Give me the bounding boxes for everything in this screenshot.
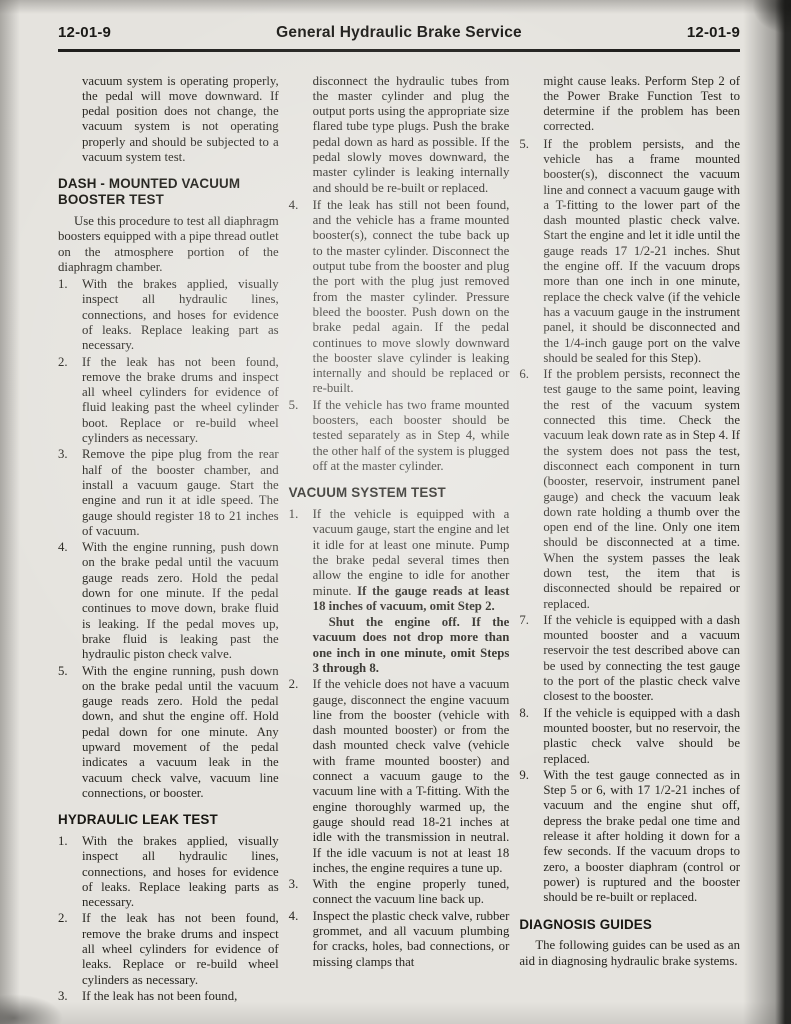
list-item: 3.Remove the pipe plug from the rear hal…: [58, 447, 279, 539]
list-continuation-paragraph: Shut the engine off. If the vacuum does …: [313, 615, 510, 676]
list-item-number: 3.: [58, 447, 82, 539]
list-item-text: With the brakes applied, visually inspec…: [82, 834, 279, 910]
list-item-text: If the vehicle is equipped with a dash m…: [543, 706, 740, 767]
text-run: Inspect the plastic check valve, rubber …: [313, 909, 510, 969]
list-item-text: If the vehicle is equipped with a vacuum…: [313, 507, 510, 614]
list-item: 9.With the test gauge connected as in St…: [519, 768, 740, 906]
list-item-number: 4.: [58, 540, 82, 662]
list-item: 2.If the vehicle does not have a vacuum …: [289, 677, 510, 876]
column-1: vacuum system is operating properly, the…: [58, 74, 279, 1006]
text-run: might cause leaks. Perform Step 2 of the…: [543, 74, 740, 134]
column-layout: vacuum system is operating properly, the…: [58, 74, 740, 1006]
text-run: If the problem persists, and the vehicle…: [543, 137, 740, 365]
text-run: If the vehicle is equipped with a dash m…: [543, 613, 740, 703]
list-item-number: 1.: [289, 507, 313, 614]
header-rule: [58, 49, 740, 52]
section-heading: DASH - MOUNTED VACUUM BOOSTER TEST: [58, 176, 279, 208]
list-item-text: If the problem persists, reconnect the t…: [543, 367, 740, 612]
list-item-text: If the vehicle does not have a vacuum ga…: [313, 677, 510, 876]
text-run: With the engine properly tuned, connect …: [313, 877, 510, 906]
list-item-text: With the brakes applied, visually inspec…: [82, 277, 279, 353]
list-item: 7.If the vehicle is equipped with a dash…: [519, 613, 740, 705]
list-item-number: 2.: [58, 911, 82, 987]
text-run: If the vehicle has two frame mounted boo…: [313, 398, 510, 473]
column-3: might cause leaks. Perform Step 2 of the…: [519, 74, 740, 1006]
list-item-number: 7.: [519, 613, 543, 705]
text-run: The following guides can be used as an a…: [519, 938, 740, 967]
list-item-text: If the problem persists, and the vehicle…: [543, 137, 740, 366]
list-item-text: Remove the pipe plug from the rear half …: [82, 447, 279, 539]
continuation-paragraph: might cause leaks. Perform Step 2 of the…: [543, 74, 740, 135]
list-item-number: 4.: [289, 198, 313, 397]
list-item-number: 9.: [519, 768, 543, 906]
list-item: 2.If the leak has not been found, remove…: [58, 911, 279, 987]
list-item-number: 8.: [519, 706, 543, 767]
list-item: 5.If the problem persists, and the vehic…: [519, 137, 740, 366]
text-run: If the leak has not been found, remove t…: [82, 911, 279, 986]
paragraph: The following guides can be used as an a…: [519, 938, 740, 969]
list-item-number: 5.: [519, 137, 543, 366]
list-item-number: 5.: [289, 398, 313, 474]
page-header: 12-01-9 General Hydraulic Brake Service …: [58, 24, 740, 42]
list-item: 1.With the brakes applied, visually insp…: [58, 277, 279, 353]
text-run: If the problem persists, reconnect the t…: [543, 367, 740, 610]
list-item: 2.If the leak has not been found, remove…: [58, 355, 279, 447]
page-content: 12-01-9 General Hydraulic Brake Service …: [58, 24, 740, 1005]
text-run: With the brakes applied, visually inspec…: [82, 834, 279, 909]
header-right-page-code: 12-01-9: [590, 24, 740, 41]
header-left-page-code: 12-01-9: [58, 24, 208, 41]
text-run: Remove the pipe plug from the rear half …: [82, 447, 279, 537]
list-item-number: 4.: [289, 909, 313, 970]
list-item-text: With the test gauge connected as in Step…: [543, 768, 740, 906]
list-item-text: If the vehicle is equipped with a dash m…: [543, 613, 740, 705]
list-item: 3.With the engine properly tuned, connec…: [289, 877, 510, 908]
list-item-number: 5.: [58, 664, 82, 802]
text-run: If the vehicle is equipped with a dash m…: [543, 706, 740, 766]
text-run: vacuum system is operating properly, the…: [82, 74, 279, 164]
list-item: 5.If the vehicle has two frame mounted b…: [289, 398, 510, 474]
column-2: disconnect the hydraulic tubes from the …: [289, 74, 510, 1006]
list-item: 5.With the engine running, push down on …: [58, 664, 279, 802]
text-run: Use this procedure to test all diaphragm…: [58, 214, 279, 274]
list-item-number: 2.: [289, 677, 313, 876]
list-item: 4.With the engine running, push down on …: [58, 540, 279, 662]
list-item: 8.If the vehicle is equipped with a dash…: [519, 706, 740, 767]
list-item-number: 6.: [519, 367, 543, 612]
paragraph: Use this procedure to test all diaphragm…: [58, 214, 279, 275]
list-item-number: 3.: [58, 989, 82, 1004]
section-heading: HYDRAULIC LEAK TEST: [58, 812, 279, 828]
manual-page: 12-01-9 General Hydraulic Brake Service …: [0, 0, 791, 1024]
text-run: With the engine running, push down on th…: [82, 664, 279, 800]
list-item: 1.If the vehicle is equipped with a vacu…: [289, 507, 510, 614]
list-item-text: If the vehicle has two frame mounted boo…: [313, 398, 510, 474]
list-item-number: 1.: [58, 277, 82, 353]
bold-text-run: Shut the engine off. If the vacuum does …: [313, 615, 510, 675]
list-item-text: If the leak has not been found, remove t…: [82, 355, 279, 447]
text-run: If the vehicle does not have a vacuum ga…: [313, 677, 510, 875]
text-run: With the engine running, push down on th…: [82, 540, 279, 661]
continuation-paragraph: vacuum system is operating properly, the…: [82, 74, 279, 166]
list-item-text: If the leak has not been found, remove t…: [82, 911, 279, 987]
text-run: With the brakes applied, visually inspec…: [82, 277, 279, 352]
list-item: 1.With the brakes applied, visually insp…: [58, 834, 279, 910]
list-item: 3.If the leak has not been found,: [58, 989, 279, 1004]
list-item-text: Inspect the plastic check valve, rubber …: [313, 909, 510, 970]
text-run: If the leak has still not been found, an…: [313, 198, 510, 396]
page-title: General Hydraulic Brake Service: [208, 24, 590, 42]
list-item: 4.Inspect the plastic check valve, rubbe…: [289, 909, 510, 970]
text-run: If the leak has not been found, remove t…: [82, 355, 279, 445]
section-heading: VACUUM SYSTEM TEST: [289, 485, 510, 501]
list-item-text: With the engine properly tuned, connect …: [313, 877, 510, 908]
list-item-number: 2.: [58, 355, 82, 447]
continuation-paragraph: disconnect the hydraulic tubes from the …: [313, 74, 510, 196]
text-run: disconnect the hydraulic tubes from the …: [313, 74, 510, 195]
list-item-text: If the leak has not been found,: [82, 989, 279, 1004]
list-item-text: With the engine running, push down on th…: [82, 664, 279, 802]
list-item: 4.If the leak has still not been found, …: [289, 198, 510, 397]
list-item: 6.If the problem persists, reconnect the…: [519, 367, 740, 612]
list-item-text: With the engine running, push down on th…: [82, 540, 279, 662]
text-run: With the test gauge connected as in Step…: [543, 768, 740, 904]
section-heading: DIAGNOSIS GUIDES: [519, 917, 740, 933]
list-item-text: If the leak has still not been found, an…: [313, 198, 510, 397]
list-item-number: 1.: [58, 834, 82, 910]
text-run: If the leak has not been found,: [82, 989, 237, 1003]
list-item-number: 3.: [289, 877, 313, 908]
